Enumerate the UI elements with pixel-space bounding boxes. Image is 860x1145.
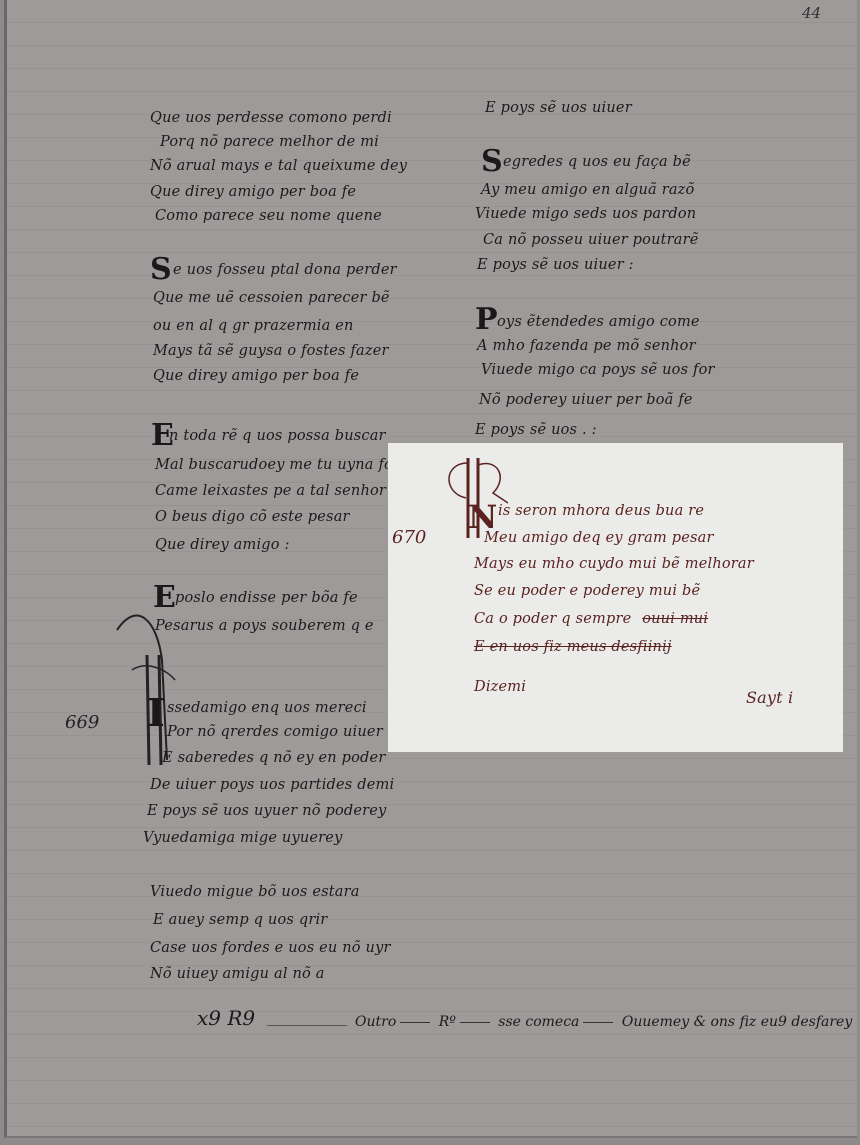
verse-line: E poys sẽ uos . : (475, 422, 597, 438)
initial-letter: S (481, 144, 503, 179)
verse-line: E poys sẽ uos uiuer : (477, 257, 634, 273)
verse-line: Mal buscarudoey me tu uyna for (155, 457, 400, 473)
verse-text: Ca o poder q sempre (474, 611, 631, 627)
rubric: x9 R9 (197, 1006, 255, 1030)
struck-verse-line: E en uos fiz meus desfiinij (474, 639, 672, 655)
verse-line: Came leixastes pe a tal senhor (155, 483, 386, 499)
verse-line: Ay meu amigo en alguã razõ (481, 182, 694, 198)
verse-line: Viuede migo ca poys sẽ uos for (481, 362, 715, 378)
verse-line: Pesarus a poys souberem q e (155, 618, 374, 634)
rubric-dash (267, 1025, 347, 1026)
poem-number: 669 (65, 712, 99, 733)
verse-line: Mays eu mho cuydo mui bẽ melhorar (474, 556, 754, 572)
verse-line: egredes q uos eu faça bẽ (503, 154, 691, 170)
verse-line: Ca nõ posseu uiuer poutrarẽ (483, 232, 699, 248)
verse-line: Que direy amigo per boa fe (150, 184, 356, 200)
verse-line: Dizemi (474, 679, 526, 695)
manuscript-page: 44 Que uos perdesse comono perdi Porq nõ… (4, 0, 857, 1138)
initial-letter: S (150, 252, 172, 287)
verse-line: E auey semp q uos qrir (153, 912, 327, 928)
verse-line: Que uos perdesse comono perdi (150, 110, 392, 126)
catchword-part: sse comeca (498, 1014, 579, 1030)
verse-line: Ca o poder q sempre ouui mui (474, 611, 708, 627)
verse-line: Se eu poder e poderey mui bẽ (474, 583, 700, 599)
catchword-part: Outro (355, 1014, 396, 1030)
catchword-part: Rº (439, 1014, 456, 1030)
verse-line: E poys sẽ uos uyuer nõ poderey (147, 803, 386, 819)
verse-line: Mays tã sẽ guysa o fostes fazer (153, 343, 389, 359)
verse-line: ssedamigo enq uos mereci (167, 700, 367, 716)
verse-line: Nõ uiuey amigu al nõ a (150, 966, 325, 982)
verse-line: A mho fazenda pe mõ senhor (477, 338, 696, 354)
verse-line: Vyuedamiga mige uyuerey (143, 830, 342, 846)
verse-line: De uiuer poys uos partides demi (150, 777, 394, 793)
poem-number: 670 (392, 527, 426, 548)
catchword-part: Ouuemey (622, 1014, 689, 1030)
verse-line: n toda rẽ q uos possa buscar (169, 428, 386, 444)
verse-line: Por nõ qrerdes comigo uiuer (167, 724, 383, 740)
initial-letter: P (475, 302, 498, 337)
verse-line: oys ẽtendedes amigo come (497, 314, 700, 330)
verse-line: Que me uẽ cessoien parecer bẽ (153, 290, 390, 306)
margin-note: Sayt i (746, 688, 793, 707)
verse-line: Viuedo migue bõ uos estara (150, 884, 360, 900)
catchword-line: Outro Rº sse comeca Ouuemey & ons fiz eu… (355, 1014, 852, 1030)
struck-text: ouui mui (642, 611, 708, 627)
verse-line: Que direy amigo : (155, 537, 290, 553)
decorated-initial-flourish (107, 600, 177, 770)
verse-line: Nõ poderey uiuer per boã fe (479, 392, 693, 408)
verse-line: Nõ arual mays e tal queixume dey (150, 158, 407, 174)
verse-line: e uos fosseu ptal dona perder (173, 262, 397, 278)
refrain-line: E poys sẽ uos uiuer (485, 100, 632, 116)
verse-line: poslo endisse per bõa fe (175, 590, 358, 606)
highlighted-region: 670 N is seron mhora deus bua re Meu ami… (388, 443, 843, 752)
verse-line: O beus digo cõ este pesar (155, 509, 350, 525)
verse-line: is seron mhora deus bua re (498, 503, 704, 519)
folio-number: 44 (802, 4, 821, 22)
verse-line: Case uos fordes e uos eu nõ uyr (150, 940, 391, 956)
verse-line: E saberedes q nõ ey en poder (162, 750, 385, 766)
verse-line: Porq nõ parece melhor de mi (160, 134, 379, 150)
verse-line: Que direy amigo per boa fe (153, 368, 359, 384)
catchword-part: & ons fiz eu9 desfarey (694, 1014, 853, 1030)
initial-letter: I (147, 690, 165, 735)
verse-line: Como parece seu nome quene (155, 208, 382, 224)
verse-line: Meu amigo deq ey gram pesar (484, 530, 714, 546)
verse-line: ou en al q gr prazermia en (153, 318, 354, 334)
verse-line: Viuede migo seds uos pardon (475, 206, 696, 222)
